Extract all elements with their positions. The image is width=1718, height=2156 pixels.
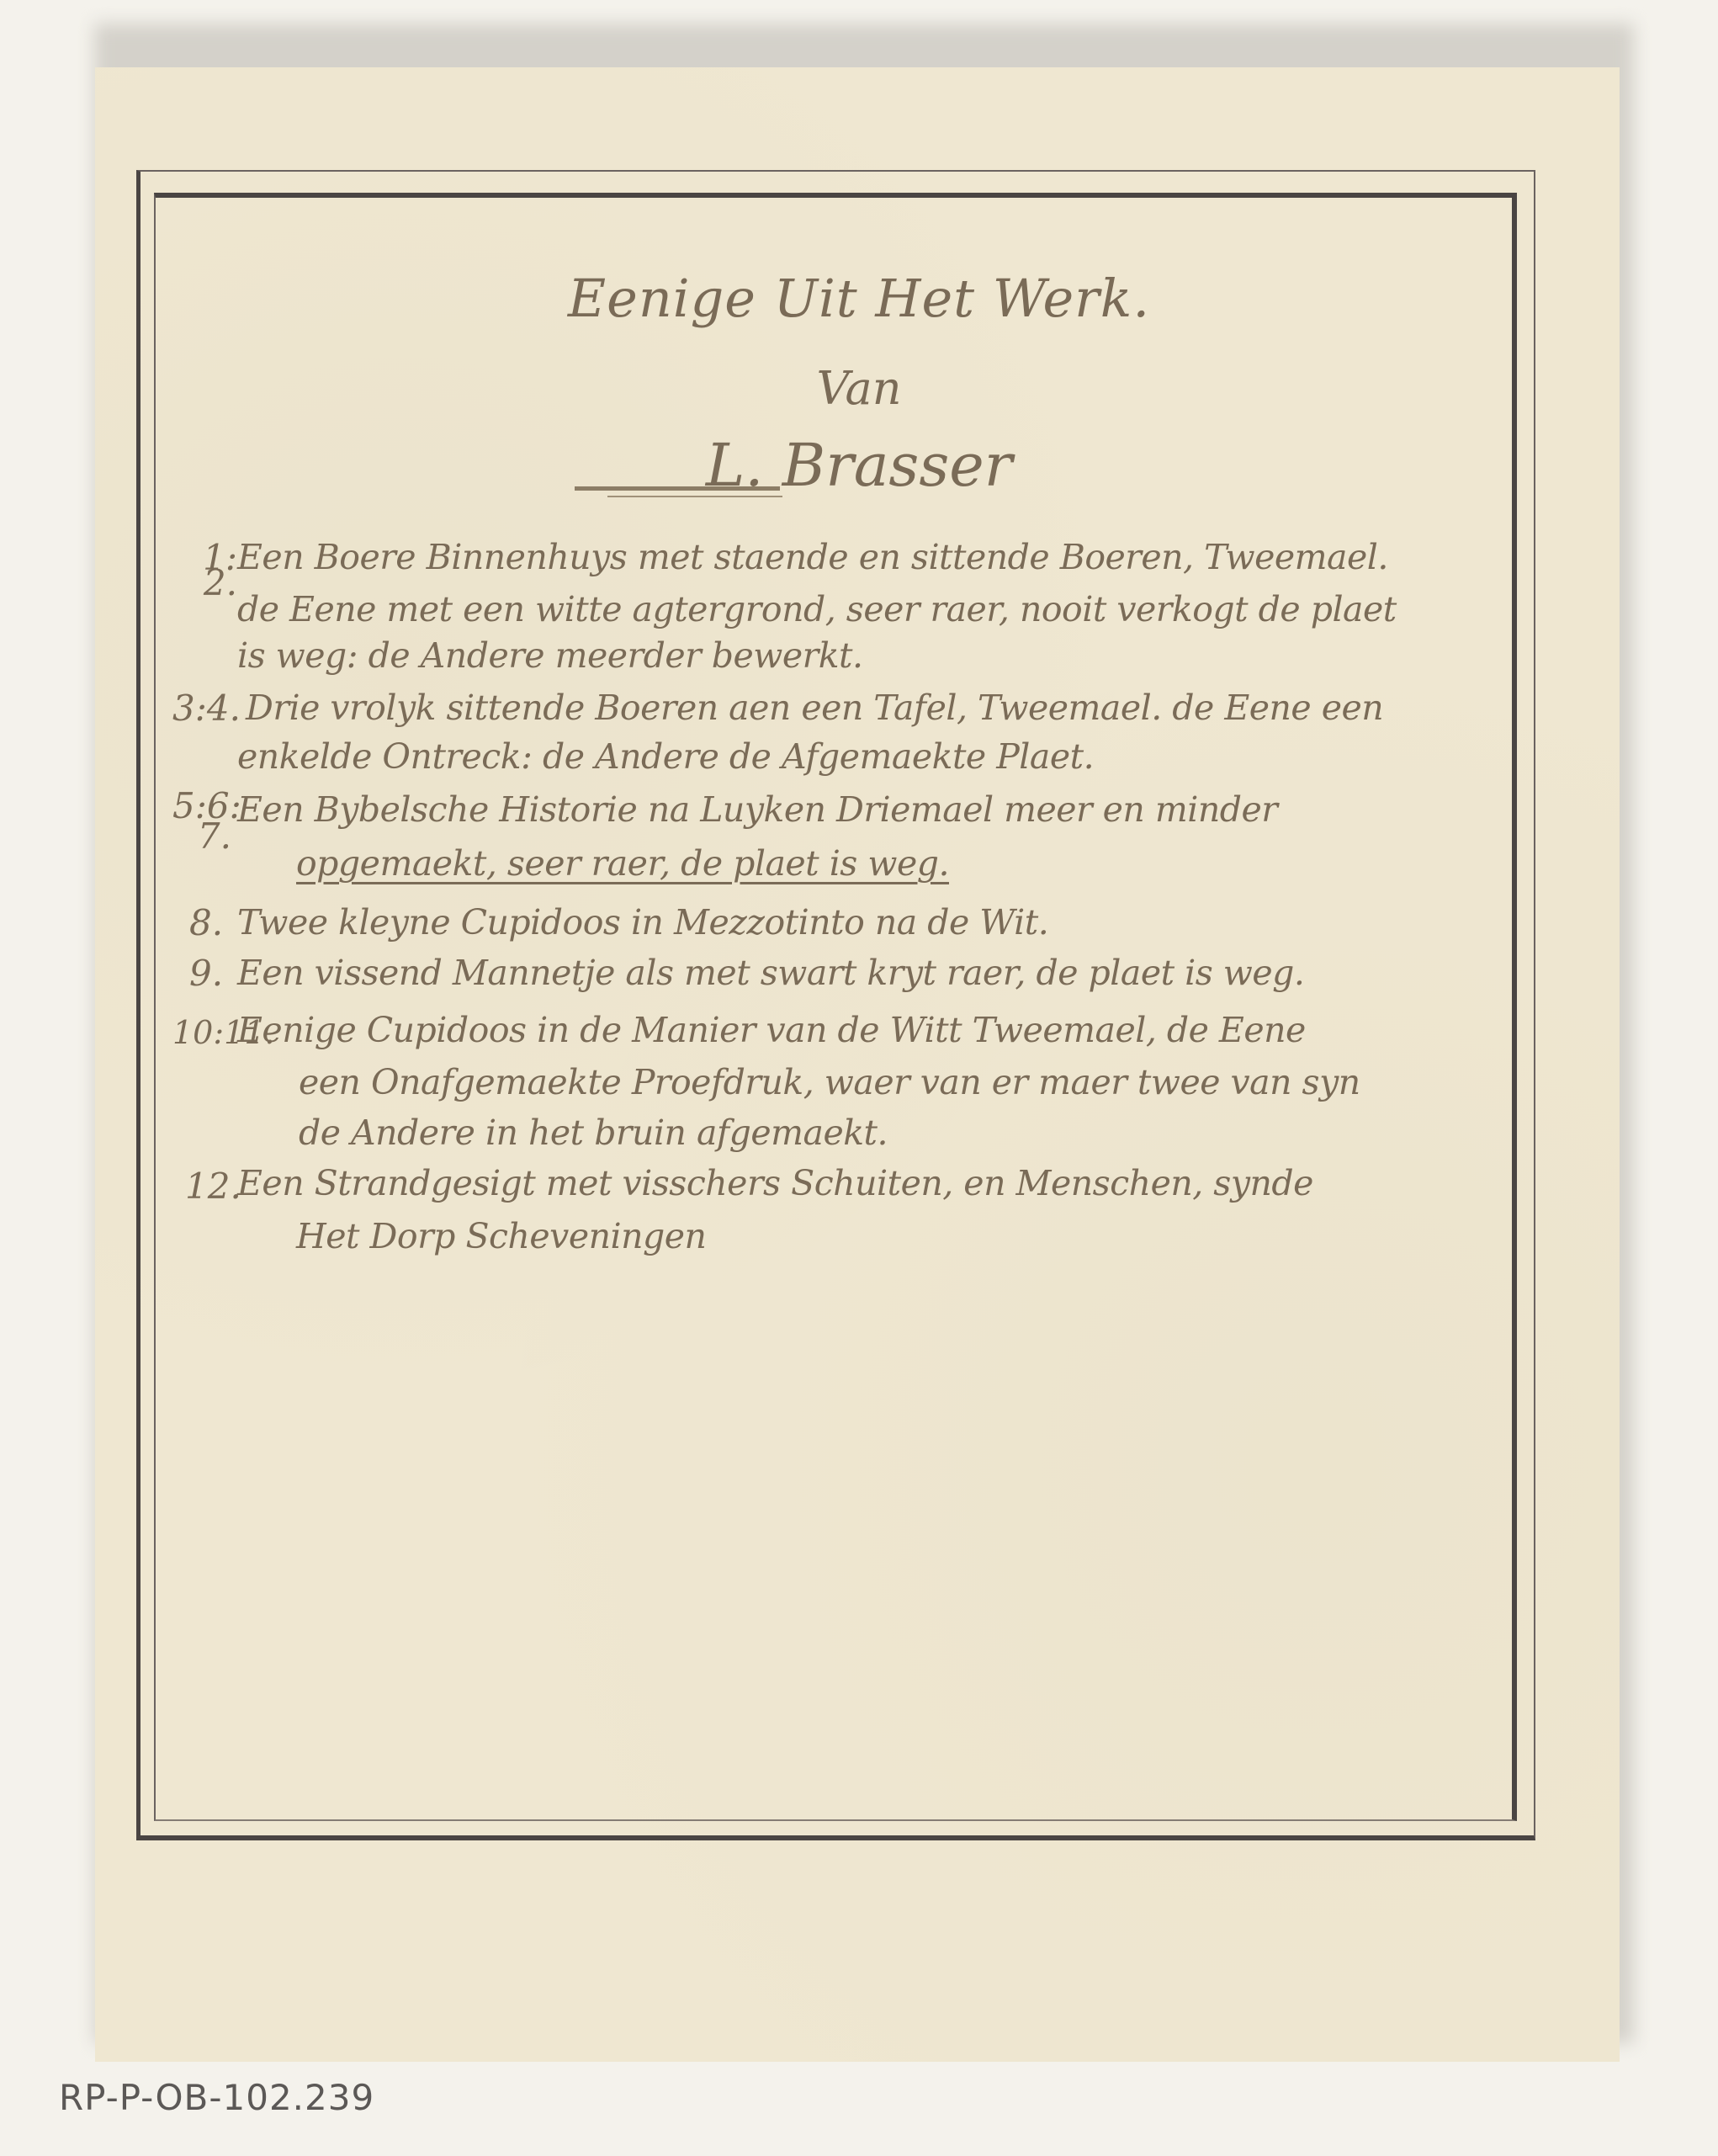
entry-number: 5:6: 7. [172, 791, 231, 852]
entry-3-line-1: Een Bybelsche Historie na Luyken Driemae… [237, 789, 1277, 830]
entry-6-line-3: de Andere in het bruin afgemaekt. [299, 1113, 888, 1153]
entry-number: 1: 2. [187, 545, 237, 596]
title-underline-secondary [607, 496, 782, 497]
entry-6-line-1: Eenige Cupidoos in de Manier van de Witt… [237, 1010, 1306, 1050]
entry-1-line-1: Een Boere Binnenhuys met staende en sitt… [237, 537, 1388, 577]
title-line-2: Van [0, 362, 1718, 415]
entry-5-line-1: Een vissend Mannetje als met swart kryt … [237, 953, 1304, 993]
entry-6-line-2: een Onafgemaekte Proefdruk, waer van er … [299, 1062, 1360, 1102]
entry-7-line-1: Een Strandgesigt met visschers Schuiten,… [237, 1163, 1313, 1203]
catalog-number: RP-P-OB-102.239 [59, 2077, 374, 2118]
entry-3-line-2: opgemaekt, seer raer, de plaet is weg. [296, 843, 949, 884]
title-line-1: Eenige Uit Het Werk. [0, 268, 1718, 329]
entry-number: 8. [189, 902, 223, 943]
entry-2-line-1: Drie vrolyk sittende Boeren aen een Tafe… [246, 688, 1383, 728]
entry-7-line-2: Het Dorp Scheveningen [296, 1216, 706, 1256]
entry-1-line-2: de Eene met een witte agtergrond, seer r… [237, 589, 1397, 629]
entry-2-line-2: enkelde Ontreck: de Andere de Afgemaekte… [237, 736, 1094, 777]
entry-number: 3:4. [172, 688, 241, 729]
entry-1-line-3: is weg: de Andere meerder bewerkt. [237, 635, 863, 676]
entry-number: 9. [189, 953, 223, 994]
author-name: L. Brasser [0, 431, 1718, 500]
entry-4-line-1: Twee kleyne Cupidoos in Mezzotinto na de… [237, 902, 1048, 943]
title-underline [575, 486, 780, 491]
entry-number: 12. [185, 1166, 241, 1207]
